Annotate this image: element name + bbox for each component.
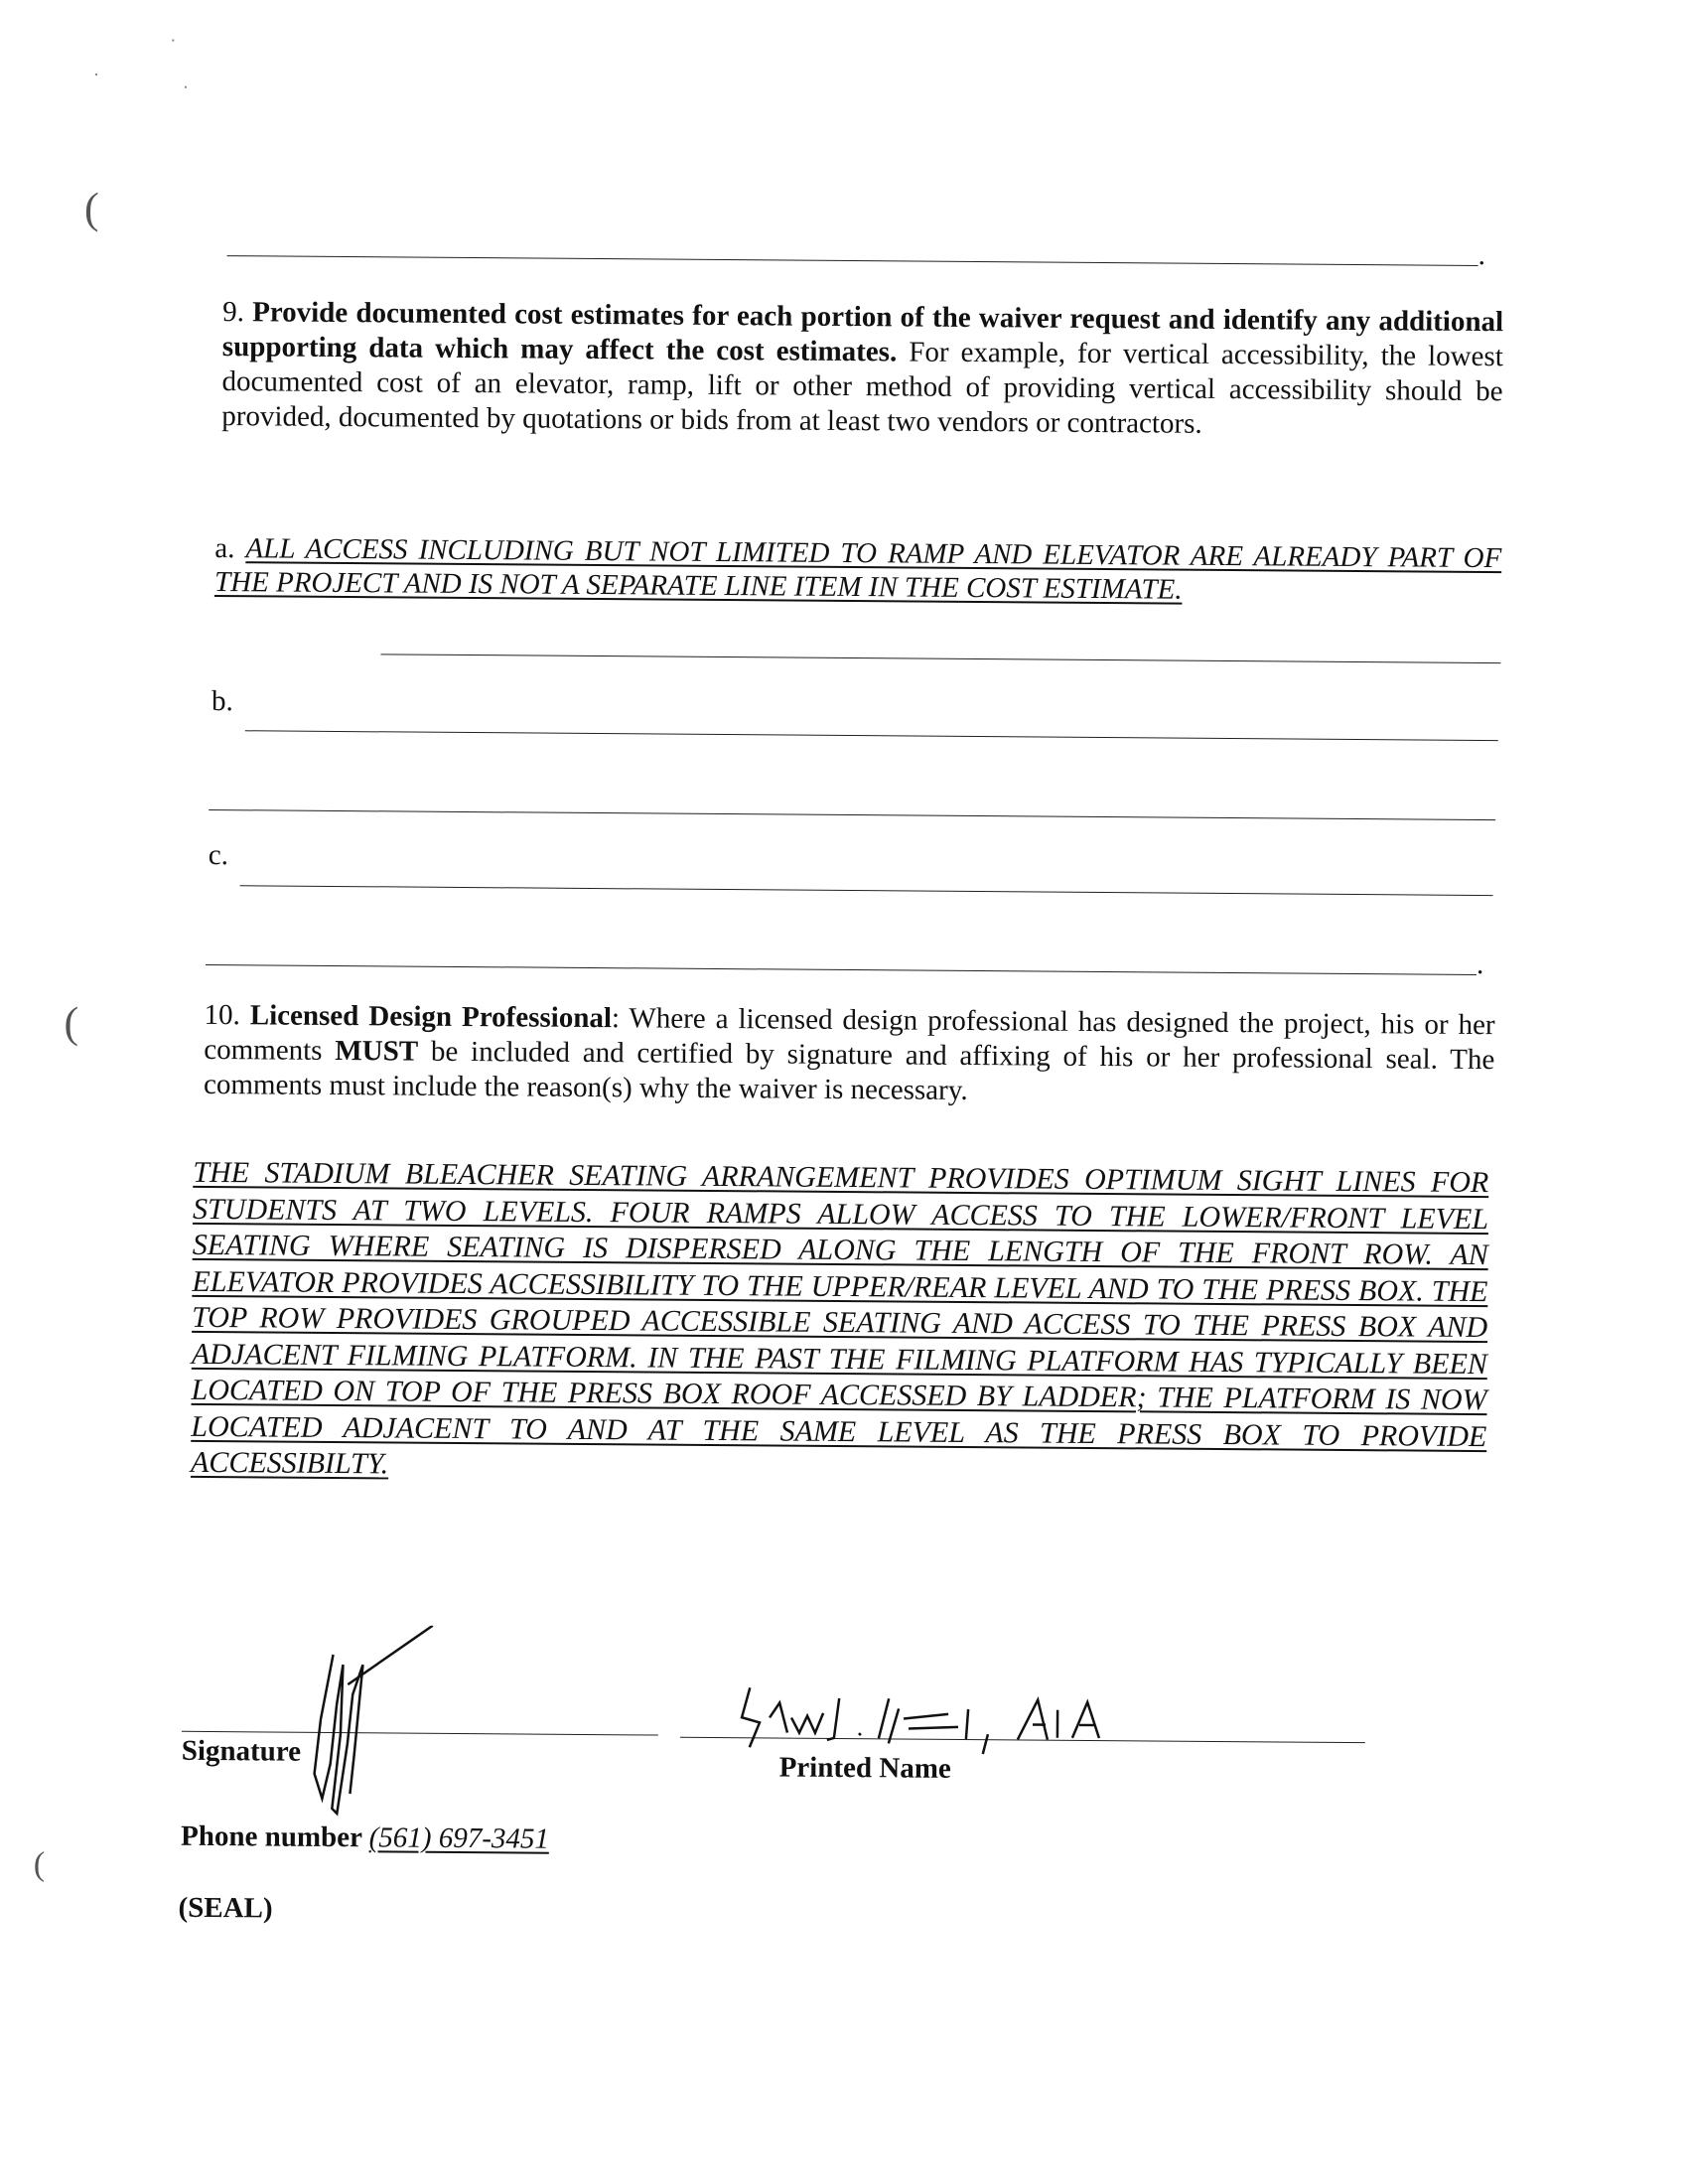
item-9c-label: c. [209,839,228,872]
signature-label: Signature [182,1735,302,1769]
item-9b-line[interactable] [245,730,1498,741]
seal-label: (SEAL) [178,1892,272,1926]
scan-speck [185,86,187,88]
scan-speck [95,73,97,75]
margin-mark: ( [64,997,78,1048]
phone-row: Phone number (561) 697-3451 [181,1820,549,1856]
document-page: ( ( ( . 9. Provide documented cost estim… [0,0,1688,2184]
item-9b-line-2[interactable] [209,809,1495,820]
item-10-question: 10. Licensed Design Professional: Where … [204,998,1495,1112]
margin-mark: ( [84,183,99,233]
item-9a-line[interactable] [380,654,1500,663]
item-9a-answer[interactable]: a. ALL ACCESS INCLUDING BUT NOT LIMITED … [214,531,1501,609]
item-9c-line[interactable] [240,885,1493,896]
item-10-answer[interactable]: THE STADIUM BLEACHER SEATING ARRANGEMENT… [191,1155,1489,1492]
item-9a-label: a. [214,532,234,564]
line-period: . [1478,239,1486,272]
scan-speck [172,40,174,42]
item-9c-line-2[interactable] [206,964,1477,975]
printed-name-label: Printed Name [779,1752,951,1786]
margin-mark: ( [34,1846,46,1884]
phone-label: Phone number [181,1820,362,1853]
item-9-question: 9. Provide documented cost estimates for… [221,295,1503,444]
line-period: . [1477,948,1484,981]
item-10-answer-text: THE STADIUM BLEACHER SEATING ARRANGEMENT… [191,1156,1489,1481]
signature-scribble-icon [292,1625,443,1824]
item-9b-label: b. [211,685,233,718]
phone-value[interactable]: (561) 697-3451 [369,1821,549,1854]
item-10-must: MUST [335,1035,418,1068]
printed-name-handwriting-icon [730,1677,1148,1760]
item-10-title: Licensed Design Professional [250,999,612,1034]
item-9a-value: ALL ACCESS INCLUDING BUT NOT LIMITED TO … [214,532,1501,605]
item-10-number: 10. [204,999,240,1031]
item-9-number: 9. [222,296,244,328]
previous-answer-line[interactable] [227,255,1478,266]
